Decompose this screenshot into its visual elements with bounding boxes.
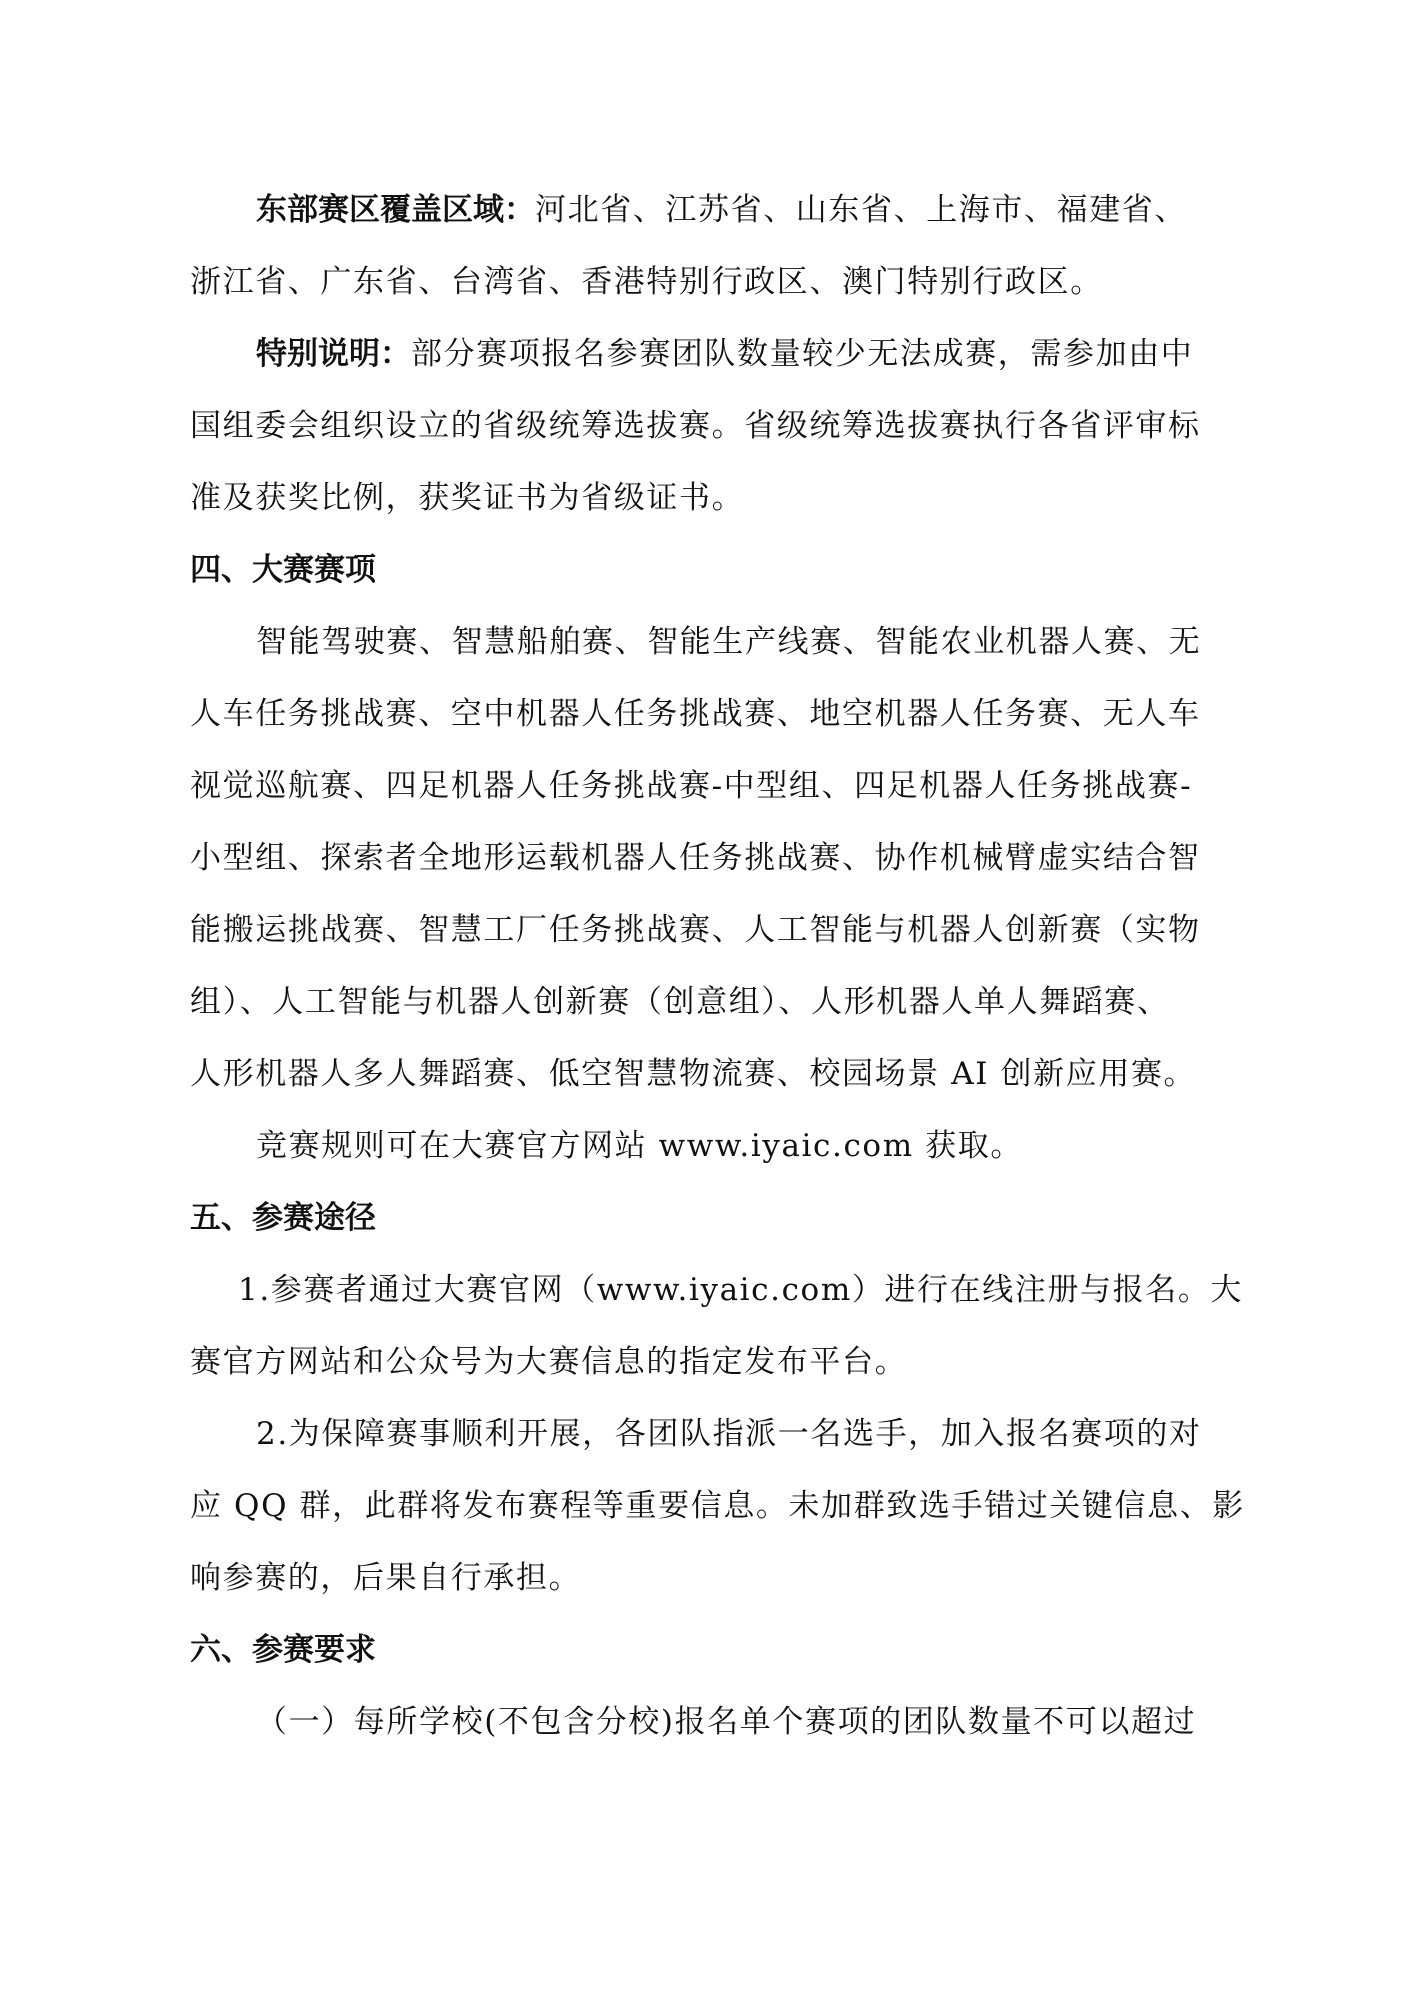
east-region-paragraph-line-1: 东部赛区覆盖区域：河北省、江苏省、山东省、上海市、福建省、: [256, 190, 1296, 230]
section-5-item-1-line-2: 赛官方网站和公众号为大赛信息的指定发布平台。: [190, 1342, 1230, 1382]
section-5-item-2-line-3: 响参赛的，后果自行承担。: [190, 1558, 1230, 1598]
document-page: 东部赛区覆盖区域：河北省、江苏省、山东省、上海市、福建省、 浙江省、广东省、台湾…: [0, 0, 1414, 2000]
section-4-line-7: 人形机器人多人舞蹈赛、低空智慧物流赛、校园场景 AI 创新应用赛。: [190, 1054, 1230, 1094]
section-4-line-4: 小型组、探索者全地形运载机器人任务挑战赛、协作机械臂虚实结合智: [190, 838, 1230, 878]
east-region-label: 东部赛区覆盖区域：: [256, 192, 535, 228]
special-note-label: 特别说明：: [256, 336, 411, 372]
section-4-line-1: 智能驾驶赛、智慧船舶赛、智能生产线赛、智能农业机器人赛、无: [256, 622, 1296, 662]
east-region-text: 河北省、江苏省、山东省、上海市、福建省、: [535, 192, 1187, 228]
east-region-paragraph-line-2: 浙江省、广东省、台湾省、香港特别行政区、澳门特别行政区。: [190, 262, 1230, 302]
section-5-item-2-line-1: 2.为保障赛事顺利开展，各团队指派一名选手，加入报名赛项的对: [256, 1414, 1296, 1454]
special-note-line-3: 准及获奖比例，获奖证书为省级证书。: [190, 478, 1230, 518]
section-4-line-5: 能搬运挑战赛、智慧工厂任务挑战赛、人工智能与机器人创新赛（实物: [190, 910, 1230, 950]
section-6-item-1-line-1: （一）每所学校(不包含分校)报名单个赛项的团队数量不可以超过: [256, 1702, 1296, 1742]
rules-note: 竞赛规则可在大赛官方网站 www.iyaic.com 获取。: [256, 1126, 1296, 1166]
special-note-line-2: 国组委会组织设立的省级统筹选拔赛。省级统筹选拔赛执行各省评审标: [190, 406, 1230, 446]
section-6-heading: 六、参赛要求: [190, 1630, 1230, 1670]
section-4-heading: 四、大赛赛项: [190, 550, 1230, 590]
section-5-item-2-line-2: 应 QQ 群，此群将发布赛程等重要信息。未加群致选手错过关键信息、影: [190, 1486, 1230, 1526]
section-4-line-3: 视觉巡航赛、四足机器人任务挑战赛-中型组、四足机器人任务挑战赛-: [190, 766, 1230, 806]
special-note-line-1: 特别说明：部分赛项报名参赛团队数量较少无法成赛，需参加由中: [256, 334, 1296, 374]
section-5-heading: 五、参赛途径: [190, 1198, 1230, 1238]
section-5-item-1-line-1: 1.参赛者通过大赛官网（www.iyaic.com）进行在线注册与报名。大: [238, 1270, 1278, 1310]
section-4-line-6: 组）、人工智能与机器人创新赛（创意组）、人形机器人单人舞蹈赛、: [190, 982, 1230, 1022]
section-4-line-2: 人车任务挑战赛、空中机器人任务挑战赛、地空机器人任务赛、无人车: [190, 694, 1230, 734]
special-note-text: 部分赛项报名参赛团队数量较少无法成赛，需参加由中: [411, 336, 1193, 372]
